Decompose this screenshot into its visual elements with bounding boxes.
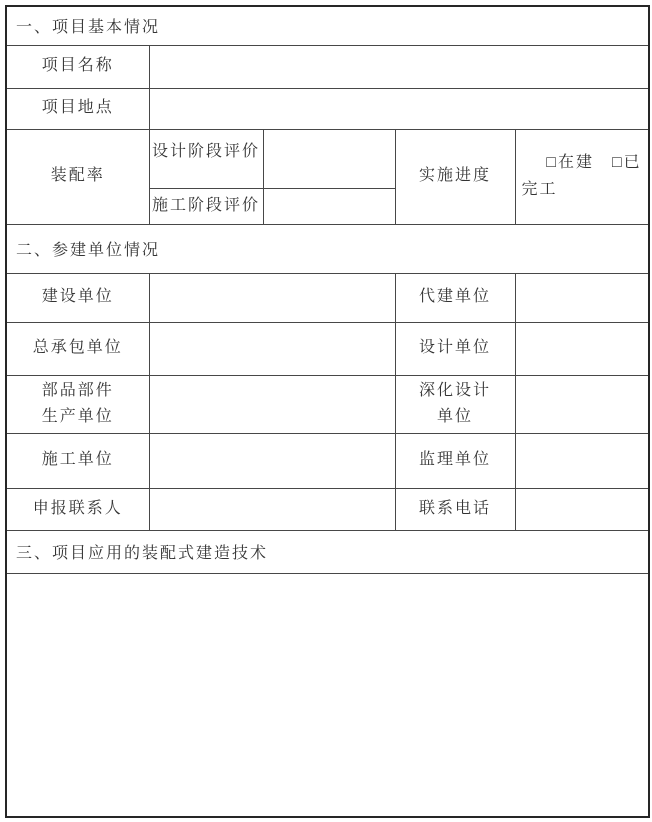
- project-name-input[interactable]: [149, 45, 649, 88]
- design-stage-label: 设计阶段评价: [149, 129, 263, 188]
- declaration-contact-label: 申报联系人: [6, 488, 149, 530]
- construction-client-input[interactable]: [149, 273, 395, 322]
- section1-title: 一、项目基本情况: [6, 6, 649, 45]
- construction-stage-input[interactable]: [263, 188, 395, 224]
- design-unit-input[interactable]: [515, 322, 649, 375]
- construction-unit-label: 施工单位: [6, 433, 149, 488]
- form-page: 一、项目基本情况 项目名称 项目地点 装配率 设计阶段评价 实施进度 □在建 □…: [0, 0, 652, 822]
- agent-construction-unit-label: 代建单位: [395, 273, 515, 322]
- progress-checkbox-options-text[interactable]: □在建 □已 完工: [522, 150, 643, 203]
- construction-stage-label: 施工阶段评价: [149, 188, 263, 224]
- detailed-design-unit-input[interactable]: [515, 375, 649, 433]
- general-contractor-label: 总承包单位: [6, 322, 149, 375]
- contact-phone-input[interactable]: [515, 488, 649, 530]
- component-production-unit-label: 部品部件 生产单位: [6, 375, 149, 433]
- section3-title: 三、项目应用的装配式建造技术: [6, 530, 649, 573]
- construction-unit-input[interactable]: [149, 433, 395, 488]
- construction-client-label: 建设单位: [6, 273, 149, 322]
- supervision-unit-input[interactable]: [515, 433, 649, 488]
- project-application-form-table: 一、项目基本情况 项目名称 项目地点 装配率 设计阶段评价 实施进度 □在建 □…: [5, 5, 650, 818]
- design-stage-input[interactable]: [263, 129, 395, 188]
- component-production-unit-input[interactable]: [149, 375, 395, 433]
- agent-construction-unit-input[interactable]: [515, 273, 649, 322]
- supervision-unit-label: 监理单位: [395, 433, 515, 488]
- project-location-input[interactable]: [149, 88, 649, 129]
- assembly-rate-label: 装配率: [6, 129, 149, 224]
- detailed-design-unit-label: 深化设计 单位: [395, 375, 515, 433]
- project-name-label: 项目名称: [6, 45, 149, 88]
- progress-checkbox-options[interactable]: □在建 □已 完工: [515, 129, 649, 224]
- general-contractor-input[interactable]: [149, 322, 395, 375]
- section3-content-area[interactable]: [6, 573, 649, 817]
- section2-title: 二、参建单位情况: [6, 224, 649, 273]
- contact-phone-label: 联系电话: [395, 488, 515, 530]
- project-location-label: 项目地点: [6, 88, 149, 129]
- design-unit-label: 设计单位: [395, 322, 515, 375]
- implementation-progress-label: 实施进度: [395, 129, 515, 224]
- declaration-contact-input[interactable]: [149, 488, 395, 530]
